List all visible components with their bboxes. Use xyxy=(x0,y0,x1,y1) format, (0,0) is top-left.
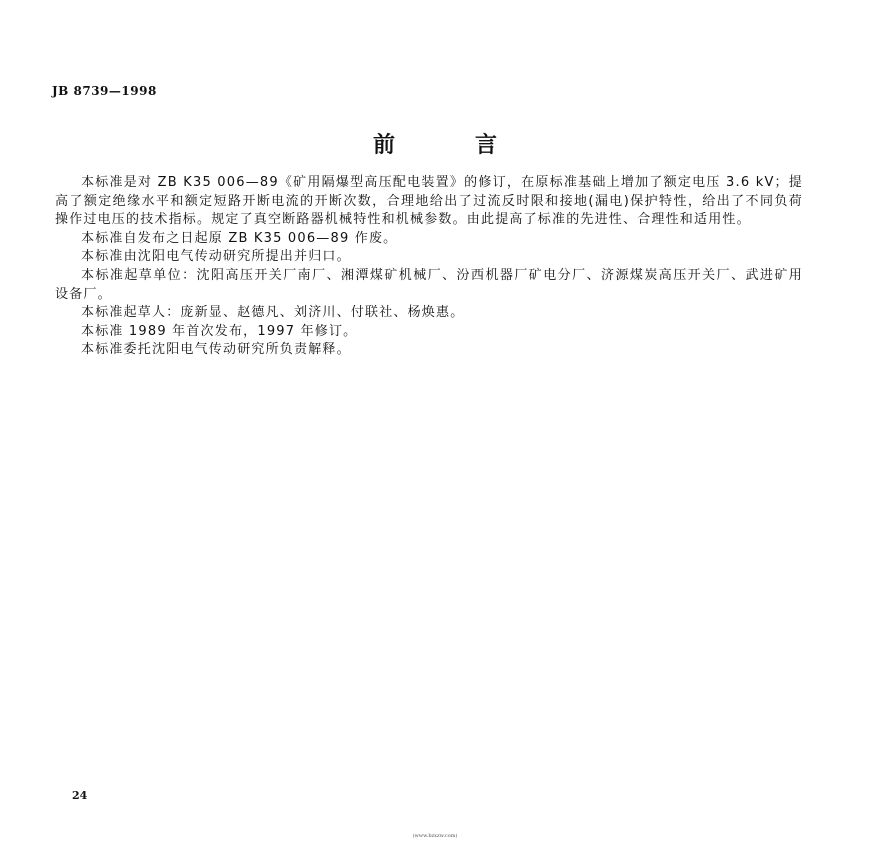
page-number: 24 xyxy=(72,789,87,802)
paragraph-publication-history: 本标准 1989 年首次发布，1997 年修订。 xyxy=(55,323,803,342)
title-char-2: 言 xyxy=(475,128,497,159)
footer-watermark: (www.bzxzw.com) xyxy=(0,833,870,839)
paragraph-revision-summary: 本标准是对 ZB K35 006—89《矿用隔爆型高压配电装置》的修订，在原标准… xyxy=(55,174,803,230)
paragraph-interpretation: 本标准委托沈阳电气传动研究所负责解释。 xyxy=(55,341,803,360)
foreword-body: 本标准是对 ZB K35 006—89《矿用隔爆型高压配电装置》的修订，在原标准… xyxy=(55,174,803,360)
standard-code: JB 8739—1998 xyxy=(52,84,157,98)
title-char-1: 前 xyxy=(373,128,395,159)
paragraph-drafting-units: 本标准起草单位：沈阳高压开关厂南厂、湘潭煤矿机械厂、汾西机器厂矿电分厂、济源煤炭… xyxy=(55,267,803,304)
paragraph-drafters: 本标准起草人：庞新显、赵德凡、刘济川、付联社、杨焕惠。 xyxy=(55,304,803,323)
paragraph-supersedes: 本标准自发布之日起原 ZB K35 006—89 作废。 xyxy=(55,230,803,249)
page-title: 前言 xyxy=(0,128,870,159)
paragraph-proposer: 本标准由沈阳电气传动研究所提出并归口。 xyxy=(55,248,803,267)
